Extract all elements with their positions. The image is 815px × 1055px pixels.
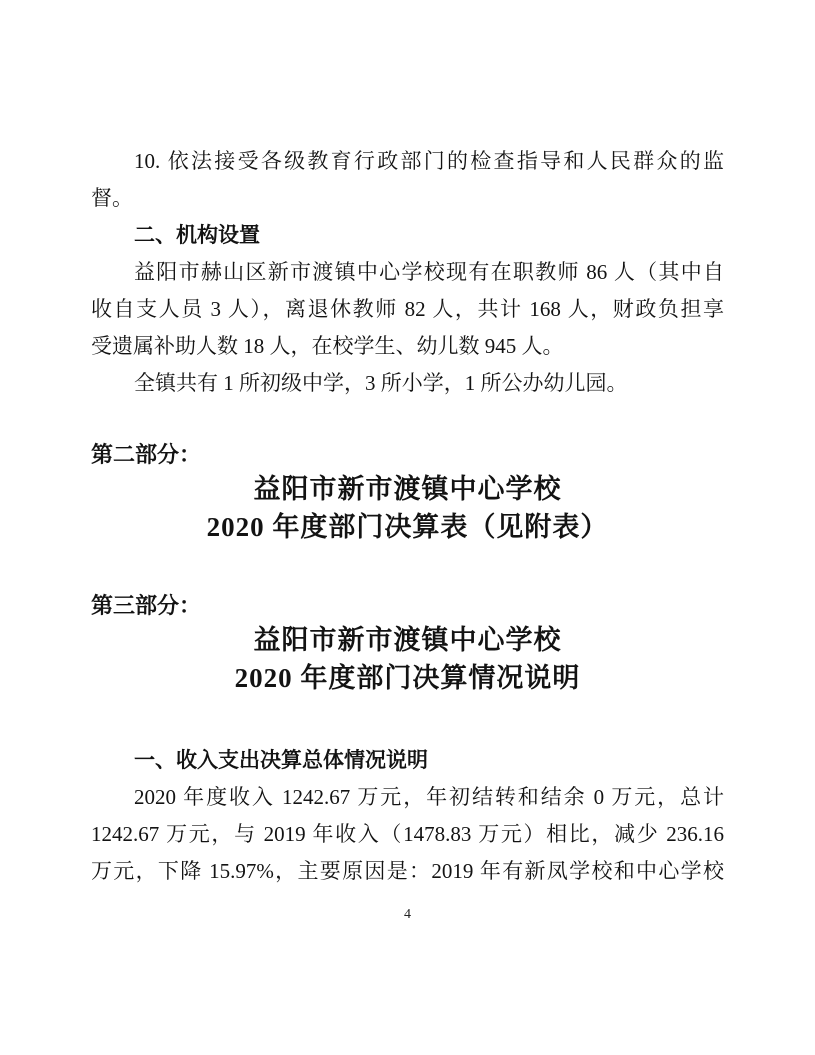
paragraph-supervision-line-1: 10. 依法接受各级教育行政部门的检查指导和人民群众的监	[91, 143, 724, 180]
document-page: 10. 依法接受各级教育行政部门的检查指导和人民群众的监 督。 二、机构设置 益…	[0, 0, 815, 1055]
page-number: 4	[0, 905, 815, 925]
part-three-label: 第三部分：	[91, 591, 724, 621]
part-three-title-line-2: 2020 年度部门决算情况说明	[91, 659, 724, 697]
heading-organization-setup: 二、机构设置	[91, 217, 724, 254]
paragraph-staff-line-2: 收自支人员 3 人），离退休教师 82 人，共计 168 人，财政负担享	[91, 291, 724, 328]
document-body: 10. 依法接受各级教育行政部门的检查指导和人民群众的监 督。 二、机构设置 益…	[91, 143, 724, 890]
paragraph-schools: 全镇共有 1 所初级中学，3 所小学，1 所公办幼儿园。	[91, 365, 724, 402]
part-two-label: 第二部分：	[91, 440, 724, 470]
part-three-title-line-1: 益阳市新市渡镇中心学校	[91, 621, 724, 659]
paragraph-staff-line-1: 益阳市赫山区新市渡镇中心学校现有在职教师 86 人（其中自	[91, 254, 724, 291]
paragraph-income-line-1: 2020 年度收入 1242.67 万元，年初结转和结余 0 万元，总计	[91, 779, 724, 816]
part-two-title-line-1: 益阳市新市渡镇中心学校	[91, 470, 724, 508]
paragraph-income-line-3: 万元，下降 15.97%，主要原因是：2019 年有新凤学校和中心学校	[91, 853, 724, 890]
heading-income-expenditure-overview: 一、收入支出决算总体情况说明	[91, 742, 724, 779]
paragraph-supervision-line-2: 督。	[91, 180, 724, 217]
paragraph-income-line-2: 1242.67 万元，与 2019 年收入（1478.83 万元）相比，减少 2…	[91, 816, 724, 853]
part-two-title-line-2: 2020 年度部门决算表（见附表）	[91, 508, 724, 546]
paragraph-staff-line-3: 受遗属补助人数 18 人，在校学生、幼儿数 945 人。	[91, 328, 724, 365]
